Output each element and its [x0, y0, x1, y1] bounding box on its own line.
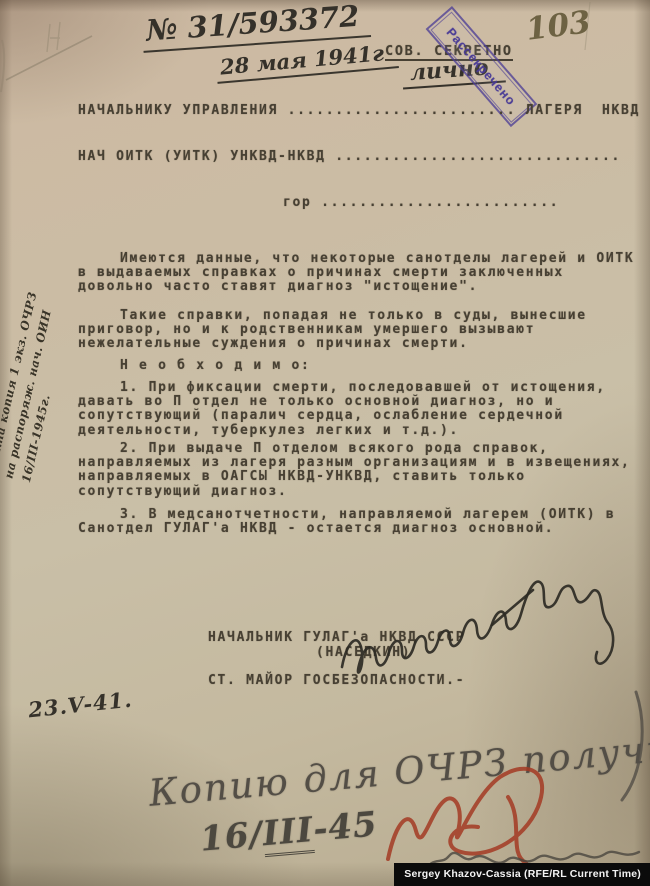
paragraph-2: Такие справки, попадая не только в суды,…	[78, 309, 636, 352]
directive-item-1: 1. При фиксации смерти, последовавшей от…	[78, 381, 636, 438]
copy-date-prefix: 16/	[199, 814, 265, 859]
addressee-line-1: НАЧАЛЬНИКУ УПРАВЛЕНИЯ ..................…	[78, 104, 640, 118]
directive-item-2: 2. При выдаче П отделом всякого рода спр…	[78, 442, 636, 499]
directive-item-3: 3. В медсанотчетности, направляемой лаге…	[78, 508, 636, 536]
addressee-line-2: НАЧ ОИТК (УИТК) УНКВД-НКВД .............…	[78, 150, 621, 164]
copy-date-roman: III	[261, 810, 315, 857]
document-photo: № 31/593372 28 мая 1941г СОВ. СЕКРЕТНО л…	[0, 0, 650, 886]
addressee-line-city: гор .........................	[283, 196, 559, 210]
photo-credit: Sergey Khazov-Cassia (RFE/RL Current Tim…	[394, 863, 650, 886]
paragraph-1: Имеются данные, что некоторые санотделы …	[78, 252, 636, 295]
pencil-flourish	[596, 688, 648, 808]
heading-neobkhodimo: Н е о б х о д и м о:	[120, 359, 311, 373]
